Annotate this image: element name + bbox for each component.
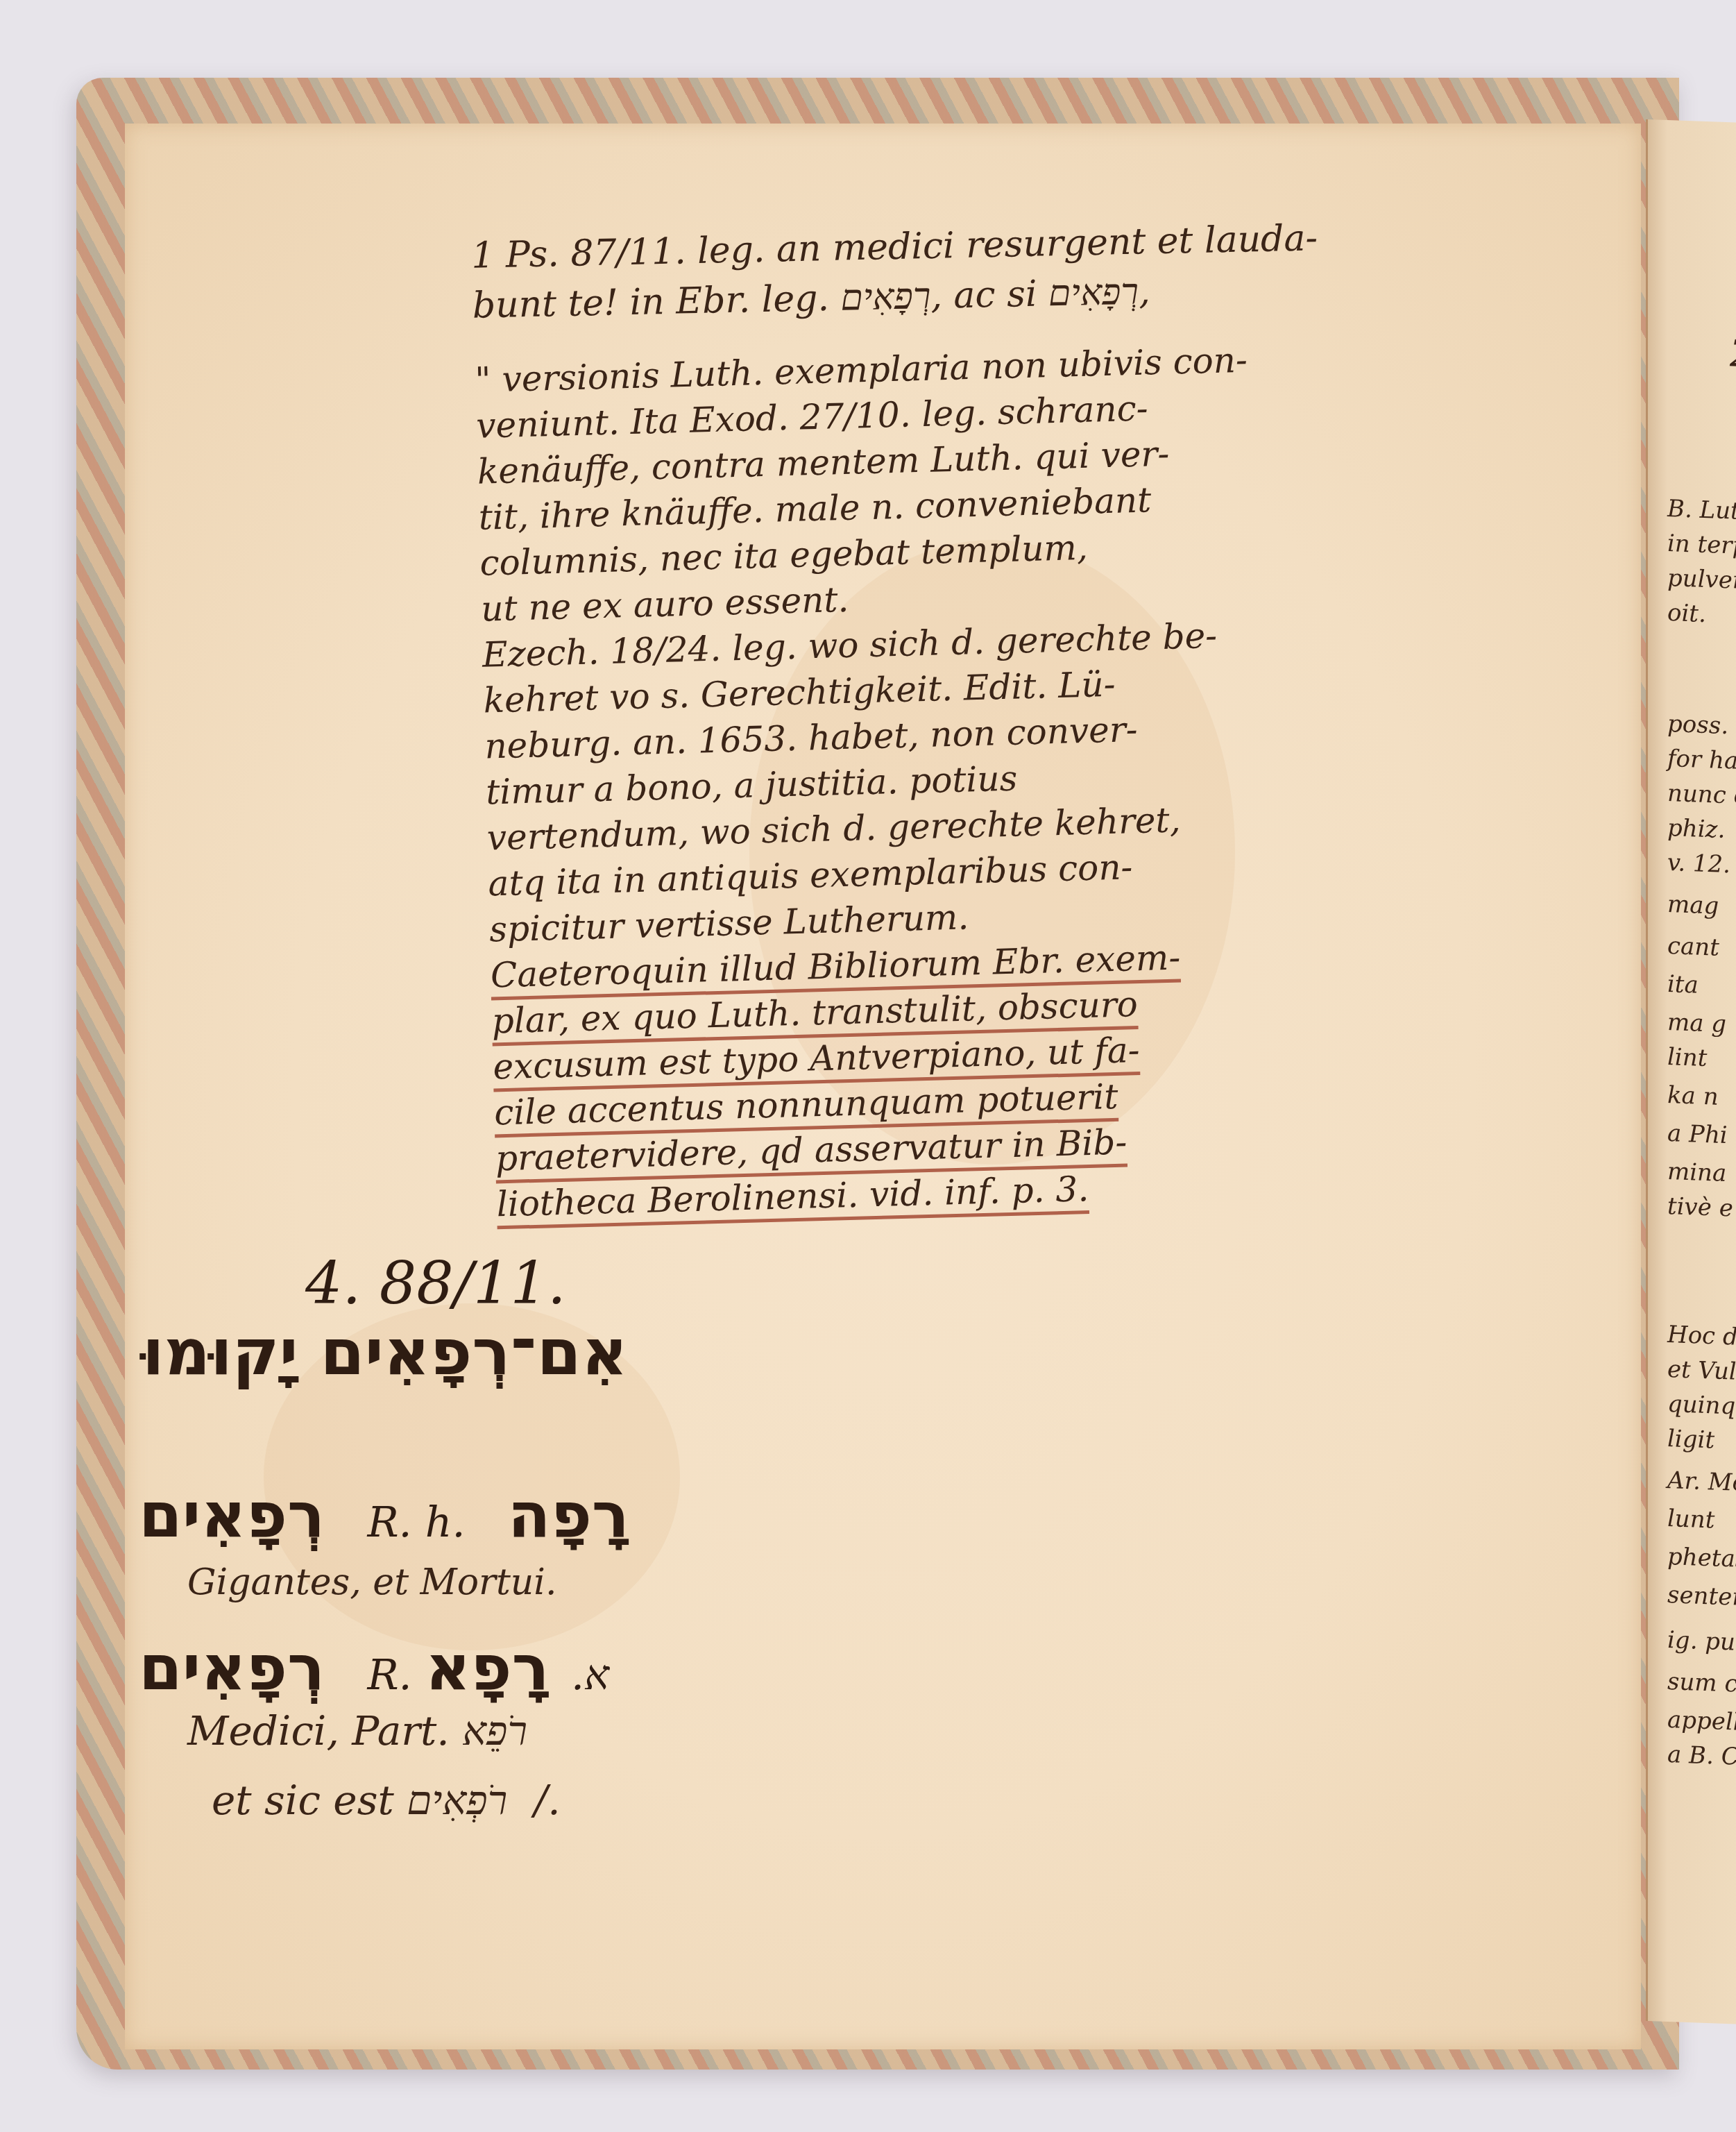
hebrew-plural: רְפָאִים	[139, 1479, 325, 1552]
hebrew-root: רָפָה	[508, 1479, 629, 1552]
fragment-line: et Vulg	[1667, 1355, 1736, 1386]
fragment-line: phetas	[1667, 1543, 1736, 1573]
fragment-line: oit.	[1667, 599, 1706, 628]
hebrew-entry-2: רְפָאִים R. א. רָפָא	[139, 1631, 630, 1704]
closing-mark: /.	[534, 1777, 561, 1824]
fragment-line: cant	[1667, 932, 1719, 962]
hebrew-verse: אִם־רְפָאִים יָקוּמוּ	[142, 1315, 628, 1389]
fragment-line: in terp	[1667, 530, 1736, 560]
verse-reference: 4. 88/11.	[305, 1249, 566, 1317]
hebrew-entry-1: רְפָאִים R. h. רָפָה	[139, 1478, 629, 1552]
gloss-physicians: Medici, Part. רֹפֵא	[187, 1707, 527, 1754]
fragment-line: mina	[1667, 1158, 1726, 1187]
right-facing-page-fragment: 2 B. Luth in terp pulver oit. poss. for …	[1646, 119, 1736, 2024]
note-luther-versions: " versionis Luth. exemplaria non ubivis …	[475, 337, 1270, 1228]
fragment-line: quinq	[1667, 1390, 1735, 1420]
fragment-line: a Phi	[1667, 1119, 1728, 1149]
fragment-line: senten	[1667, 1581, 1736, 1611]
fragment-line: phiz.	[1667, 814, 1725, 844]
fragment-line: poss.	[1667, 710, 1728, 740]
gloss-text: et sic est רֹפְאִים	[212, 1777, 507, 1824]
fragment-line: sum c	[1667, 1668, 1736, 1698]
fragment-line: Hoc du	[1667, 1321, 1736, 1351]
fragment-line: lunt	[1667, 1505, 1714, 1534]
fragment-line: lint	[1667, 1043, 1707, 1072]
gloss-plural-form: et sic est רֹפְאִים /.	[212, 1777, 561, 1824]
fragment-line: B. Luth	[1667, 495, 1736, 525]
note-psalm-87: 1 Ps. 87/11. leg. an medici resurgent et…	[471, 213, 1319, 331]
fragment-line: mag	[1667, 890, 1719, 920]
fragment-line: nunc c	[1667, 779, 1736, 810]
fragment-line: tivè e	[1667, 1192, 1733, 1222]
fragment-line: ka n	[1667, 1081, 1719, 1111]
fragment-line: for ha	[1667, 745, 1736, 775]
fragment-line: Ar. Mo	[1667, 1466, 1736, 1497]
fragment-line: ligit	[1667, 1425, 1714, 1454]
gloss-giants-dead: Gigantes, et Mortui.	[187, 1562, 557, 1603]
fragment-line: a B. C	[1667, 1741, 1736, 1771]
hebrew-plural: רְפָאִים	[139, 1632, 325, 1704]
hebrew-root: רָפָא	[425, 1632, 550, 1704]
fragment-line: ma g	[1667, 1008, 1726, 1038]
fragment-line: pulver	[1667, 564, 1736, 595]
root-abbrev: R. h.	[367, 1498, 465, 1547]
fragment-line: appella	[1667, 1706, 1736, 1736]
fragment-line: ig. pu	[1667, 1626, 1735, 1656]
fragment-line: ita	[1667, 970, 1699, 999]
page-number: 2	[1730, 330, 1736, 376]
fragment-line: v. 12.	[1667, 849, 1730, 879]
